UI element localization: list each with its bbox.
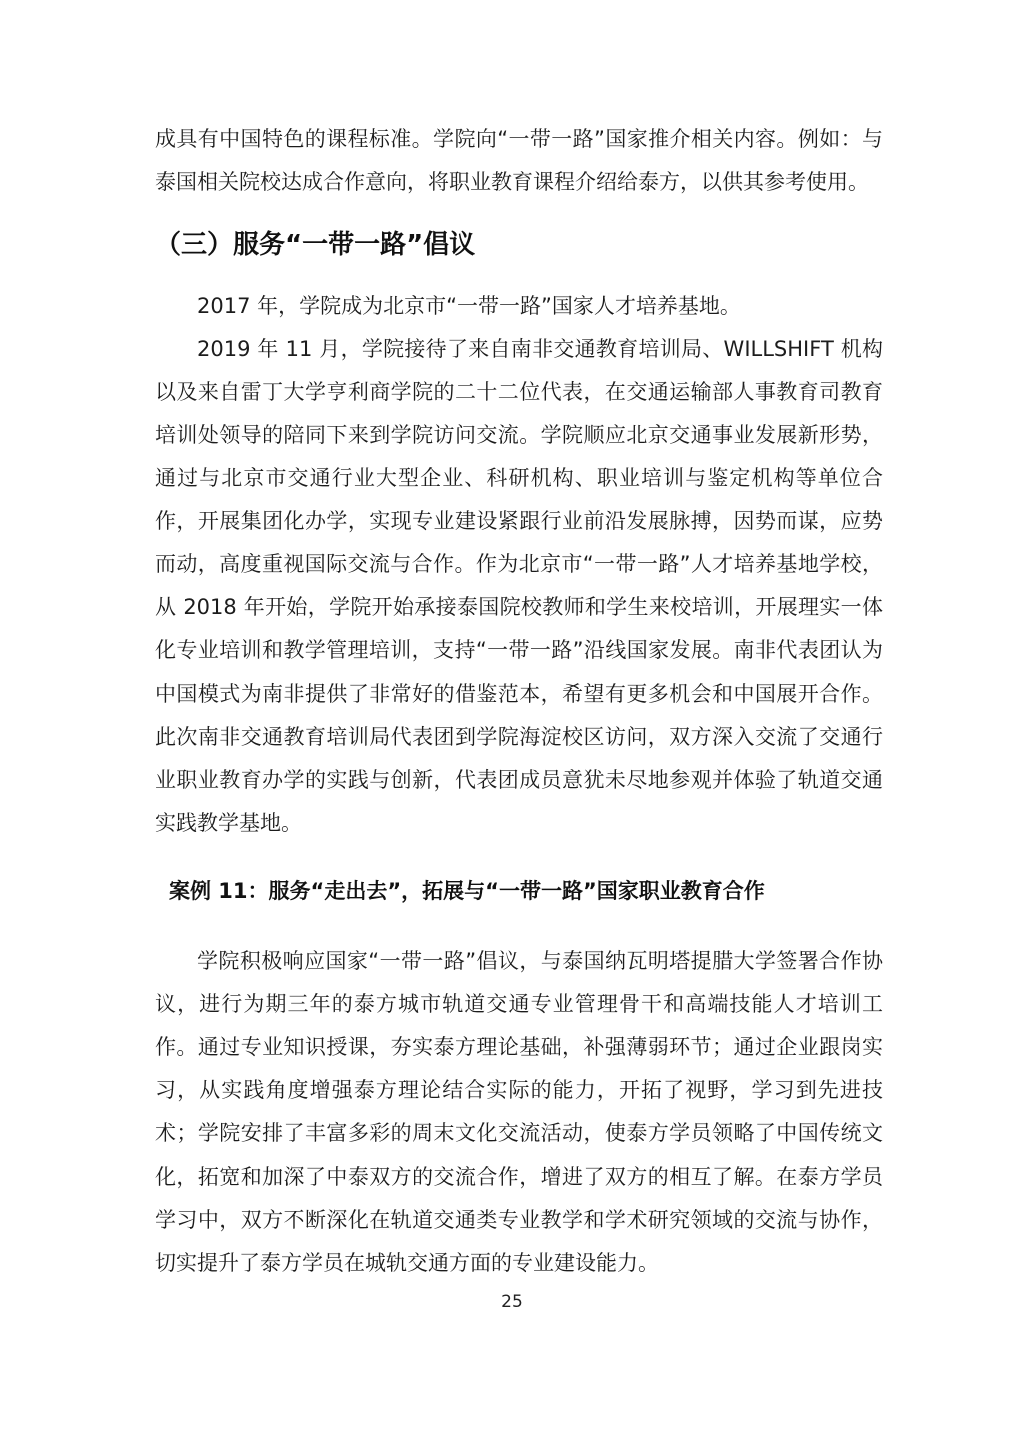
paragraph-2019-delegation: 2019 年 11 月，学院接待了来自南非交通教育培训局、WILLSHIFT 机…: [155, 328, 883, 845]
section-heading-belt-and-road: （三）服务“一带一路”倡议: [155, 226, 883, 265]
case-11-heading: 案例 11：服务“走出去”，拓展与“一带一路”国家职业教育合作: [169, 875, 883, 909]
document-body: 成具有中国特色的课程标准。学院向“一带一路”国家推介相关内容。例如：与泰国相关院…: [155, 118, 883, 1285]
paragraph-2017-base: 2017 年，学院成为北京市“一带一路”国家人才培养基地。: [155, 285, 883, 328]
paragraph-course-standards: 成具有中国特色的课程标准。学院向“一带一路”国家推介相关内容。例如：与泰国相关院…: [155, 118, 883, 204]
document-page: 成具有中国特色的课程标准。学院向“一带一路”国家推介相关内容。例如：与泰国相关院…: [0, 0, 1024, 1448]
paragraph-thailand-cooperation: 学院积极响应国家“一带一路”倡议，与泰国纳瓦明塔提腊大学签署合作协议，进行为期三…: [155, 940, 883, 1284]
page-number: 25: [0, 1292, 1024, 1312]
